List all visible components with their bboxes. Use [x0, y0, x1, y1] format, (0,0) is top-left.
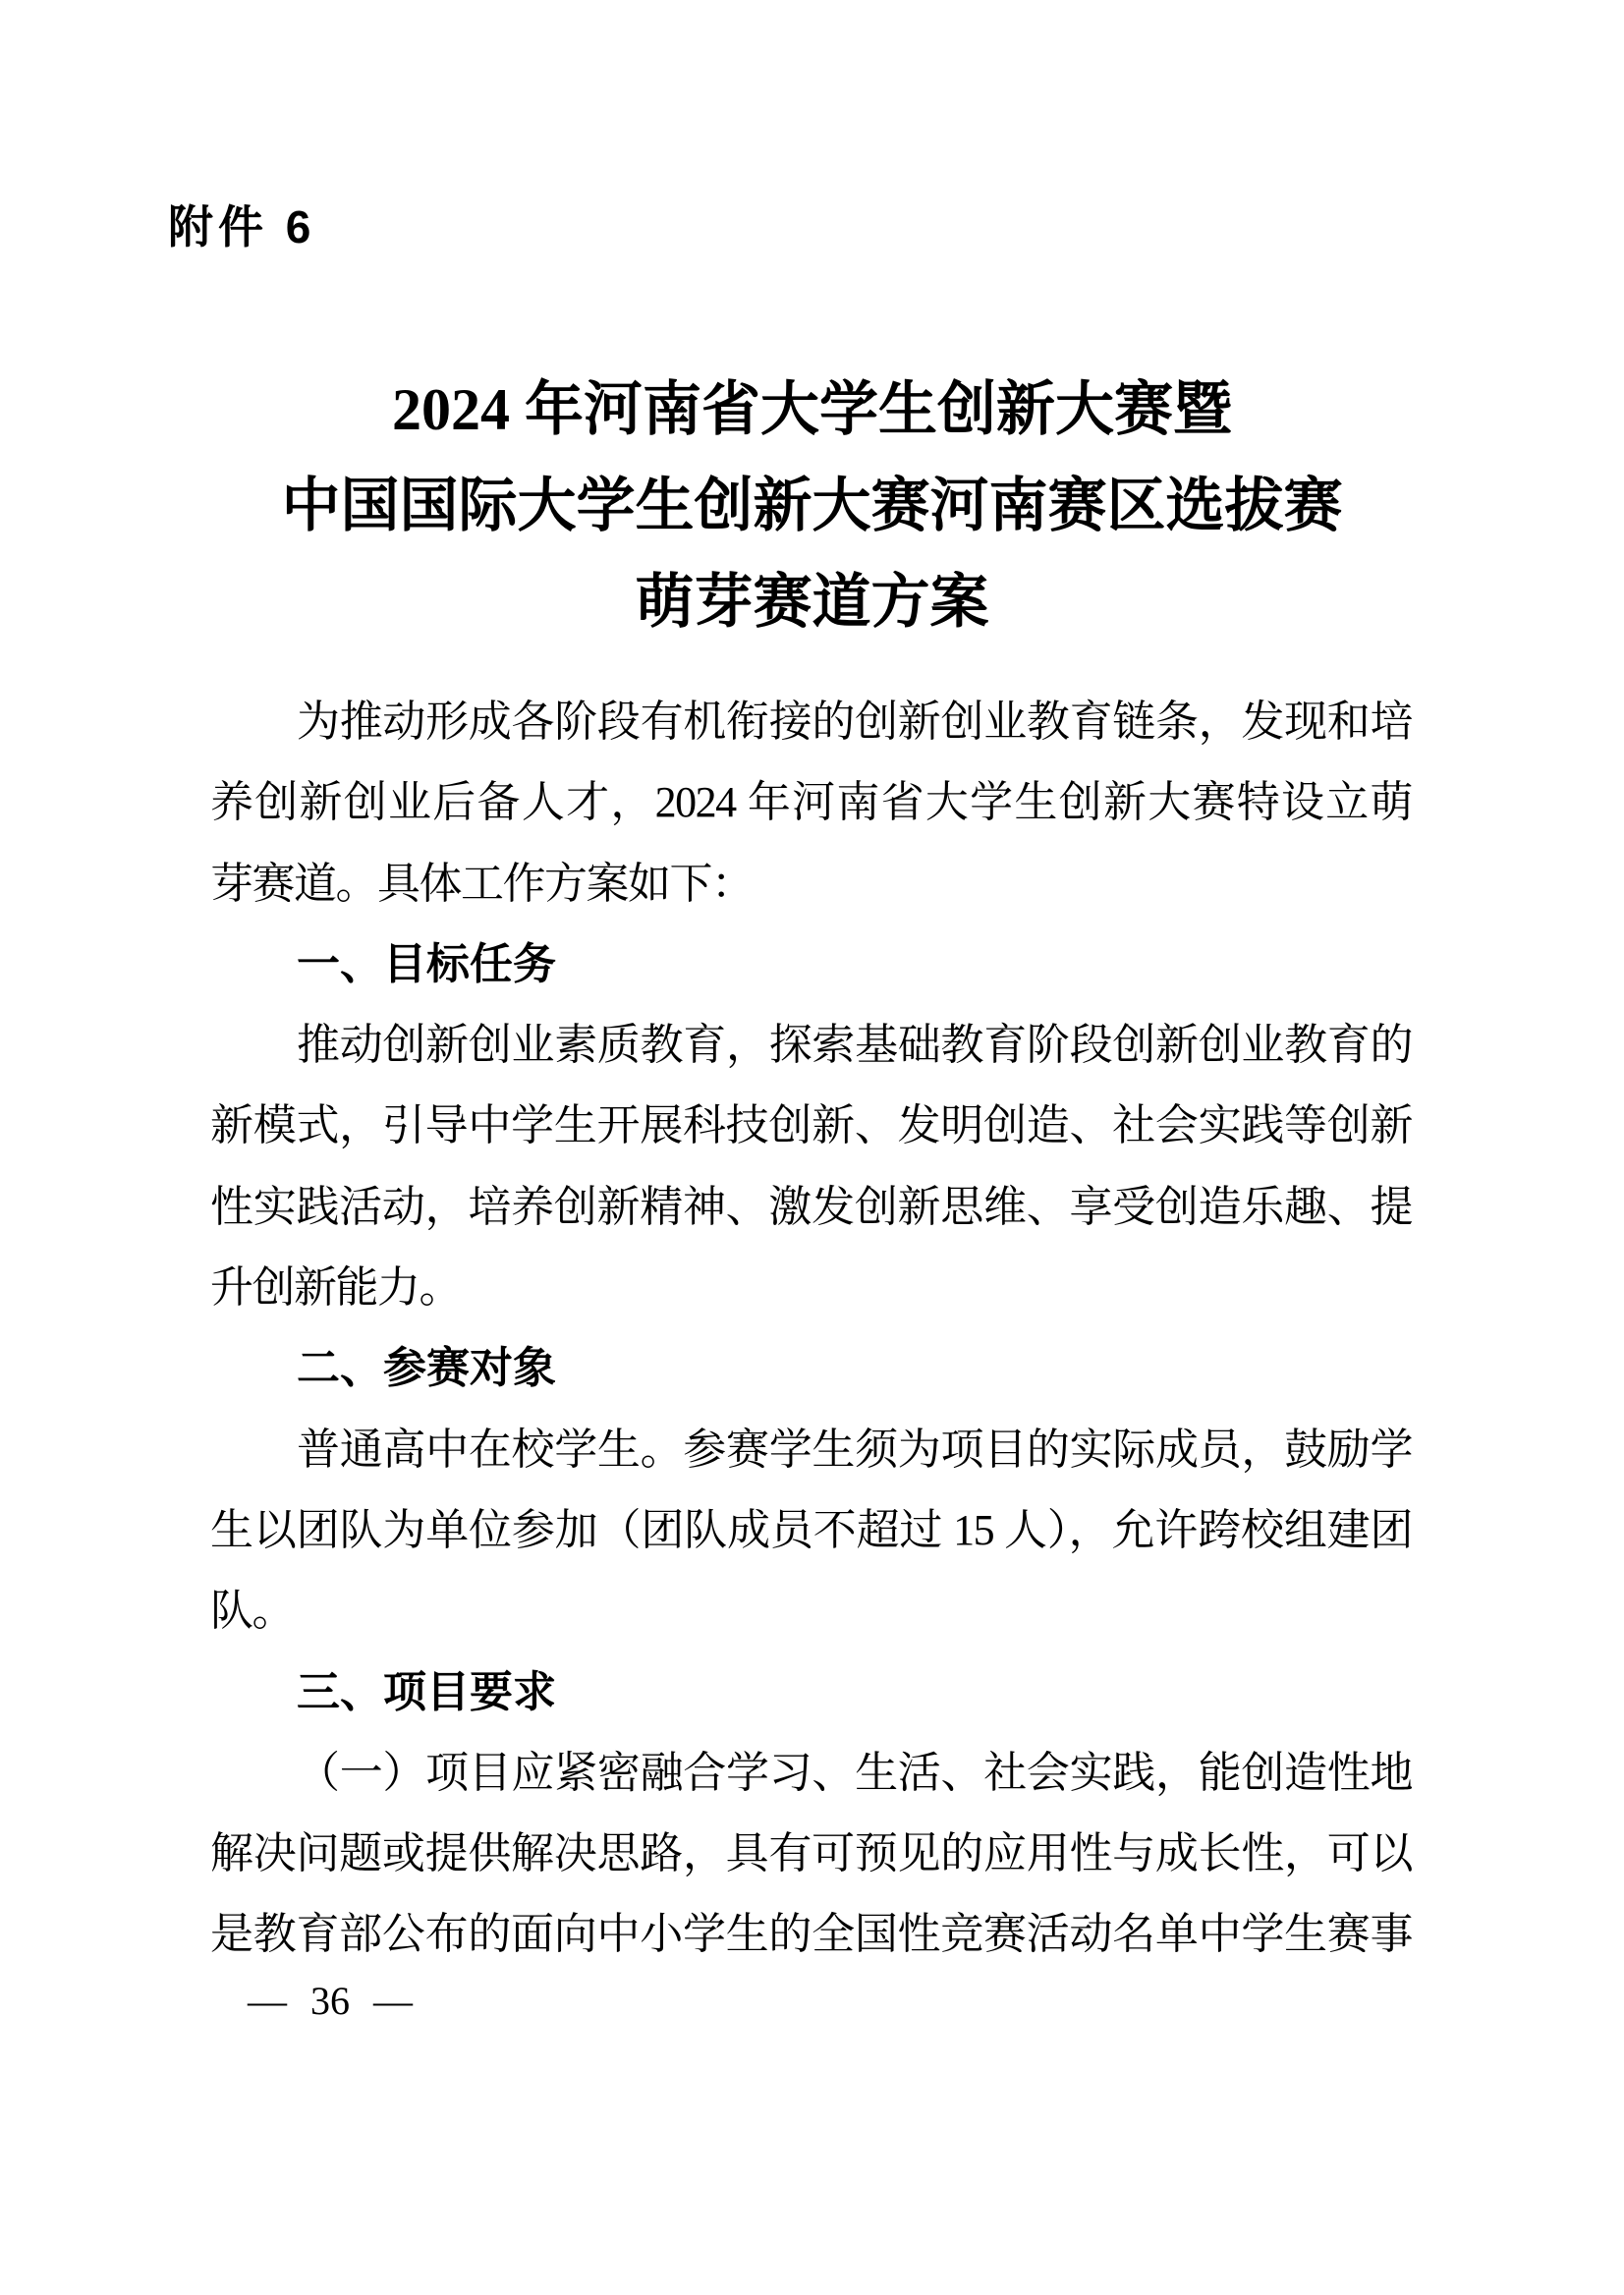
document-page: 附件 6 2024 年河南省大学生创新大赛暨 中国国际大学生创新大赛河南赛区选拔… — [0, 0, 1624, 2295]
section-1-line: 推动创新创业素质教育，探索基础教育阶段创新创业教育的 — [210, 1005, 1412, 1086]
section-2-line: 队。 — [210, 1571, 1412, 1651]
title-line-1: 2024 年河南省大学生创新大赛暨 — [0, 362, 1624, 458]
intro-line: 为推动形成各阶段有机衔接的创新创业教育链条，发现和培 — [210, 682, 1412, 762]
section-3-line: （一）项目应紧密融合学习、生活、社会实践，能创造性地 — [210, 1733, 1412, 1814]
attachment-label: 附件 6 — [168, 200, 315, 253]
section-1-line: 新模式，引导中学生开展科技创新、发明创造、社会实践等创新 — [210, 1086, 1412, 1166]
section-heading-3: 三、项目要求 — [210, 1652, 1412, 1733]
title-line-2: 中国国际大学生创新大赛河南赛区选拔赛 — [0, 458, 1624, 554]
title-line-3: 萌芽赛道方案 — [0, 554, 1624, 650]
section-1-line: 性实践活动，培养创新精神、激发创新思维、享受创造乐趣、提 — [210, 1167, 1412, 1248]
intro-line: 芽赛道。具体工作方案如下： — [210, 844, 1412, 924]
document-title: 2024 年河南省大学生创新大赛暨 中国国际大学生创新大赛河南赛区选拔赛 萌芽赛… — [0, 362, 1624, 650]
section-heading-1: 一、目标任务 — [210, 924, 1412, 1005]
section-3-line: 是教育部公布的面向中小学生的全国性竞赛活动名单中学生赛事 — [210, 1894, 1412, 1975]
section-2-line: 普通高中在校学生。参赛学生须为项目的实际成员，鼓励学 — [210, 1410, 1412, 1490]
section-3-line: 解决问题或提供解决思路，具有可预见的应用性与成长性，可以 — [210, 1814, 1412, 1894]
section-heading-2: 二、参赛对象 — [210, 1328, 1412, 1409]
document-body: 为推动形成各阶段有机衔接的创新创业教育链条，发现和培 养创新创业后备人才，202… — [210, 682, 1412, 1976]
section-2-line: 生以团队为单位参加（团队成员不超过 15 人），允许跨校组建团 — [210, 1490, 1412, 1571]
section-1-line: 升创新能力。 — [210, 1248, 1412, 1328]
page-number: — 36 — — [248, 1979, 413, 2024]
intro-line: 养创新创业后备人才，2024 年河南省大学生创新大赛特设立萌 — [210, 762, 1412, 843]
